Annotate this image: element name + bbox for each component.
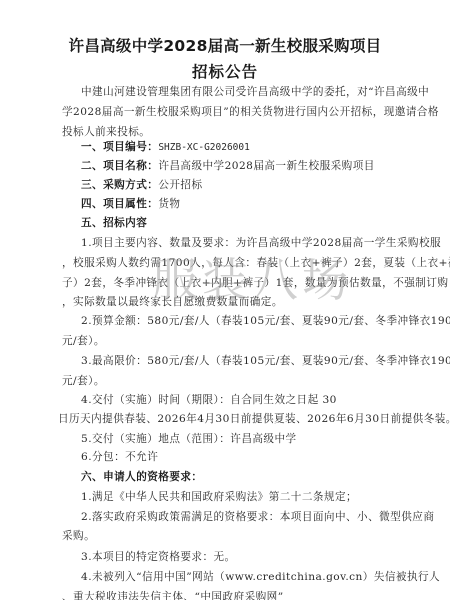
project-name-value: 许昌高级中学2028届高一新生校服采购项目 [158, 160, 375, 172]
intro-line-3: 投标人前来投标。 [62, 125, 382, 139]
project-attribute-label: 四、项目属性： [81, 198, 158, 210]
budget-line-2: 元/套）。 [62, 334, 382, 348]
project-number-row: 一、项目编号：SHZB-XC-G2026001 [81, 140, 401, 155]
procurement-method-label: 三、采购方式： [81, 179, 158, 191]
qualification-2-line-2: 采购。 [62, 529, 382, 543]
budget-line-1: 2.预算金额：580元/套/人（春装105元/套、夏装90元/套、冬季冲锋衣19… [81, 314, 401, 328]
project-attribute-row: 四、项目属性：货物 [81, 197, 401, 211]
procurement-method-value: 公开招标 [158, 179, 202, 191]
tender-announcement-document: 许昌高级中学2028届高一新生校服采购项目 招标公告 中建山河建设管理集团有限公… [0, 0, 450, 600]
qualification-1: 1.满足《中华人民共和国政府采购法》第二十二条规定； [81, 490, 401, 504]
delivery-time-line-1: 4.交付（实施）时间（期限）：自合同生效之日起 30 [81, 393, 401, 407]
subcontracting: 6.分包：不允许 [81, 450, 401, 464]
project-name-row: 二、项目名称：许昌高级中学2028届高一新生校服采购项目 [81, 159, 401, 173]
qualification-2-line-1: 2.落实政府采购政策需满足的资格要求：本项目面向中、小、微型供应商 [81, 510, 401, 524]
qualification-4-line-1: 4.未被列入“信用中国”网站（www.creditchina.gov.cn）失信… [81, 570, 401, 584]
tender-content-heading: 五、招标内容 [81, 216, 401, 230]
max-price-line-1: 3.最高限价：580元/套/人（春装105元/套、夏装90元/套、冬季冲锋衣19… [81, 354, 401, 368]
document-title: 许昌高级中学2028届高一新生校服采购项目 [0, 34, 450, 56]
project-name-label: 二、项目名称： [81, 160, 158, 172]
document-subtitle: 招标公告 [0, 60, 450, 82]
project-number-label: 一、项目编号： [81, 141, 158, 153]
procurement-method-row: 三、采购方式：公开招标 [81, 178, 401, 192]
delivery-location: 5.交付（实施）地点（范围）：许昌高级中学 [81, 432, 401, 446]
qualification-heading: 六、申请人的资格要求： [81, 470, 401, 484]
content-item1-line-4: ，实际数量以最终家长自愿缴费数量而确定。 [62, 295, 382, 309]
max-price-line-2: 元/套）。 [62, 374, 382, 388]
intro-line-1: 中建山河建设管理集团有限公司受许昌高级中学的委托，对“许昌高级中 [81, 85, 401, 99]
content-item1-line-1: 1.项目主要内容、数量及要求：为许昌高级中学2028届高一学生采购校服 [81, 236, 401, 250]
project-attribute-value: 货物 [158, 198, 180, 210]
qualification-3: 3.本项目的特定资格要求：无。 [81, 550, 401, 564]
content-item1-line-2: ，校服采购人数约需1700人，每人含：春装（上衣+裤子）2套，夏装（上衣+裤 [62, 256, 382, 270]
intro-line-2: 学2028届高一新生校服采购项目”的相关货物进行国内公开招标，现邀请合格 [62, 105, 382, 119]
delivery-time-line-2: 日历天内提供春装、2026年4月30日前提供夏装、2026年6月30日前提供冬装… [58, 412, 378, 426]
content-item1-line-3: 子）2套，冬季冲锋衣（上衣+内胆+裤子）1套，数量为预估数量，不强制订购 [62, 276, 382, 290]
qualification-4-line-2: 、重大税收违法失信主体、“中国政府采购网” [62, 590, 382, 600]
project-number-value: SHZB-XC-G2026001 [158, 142, 250, 153]
